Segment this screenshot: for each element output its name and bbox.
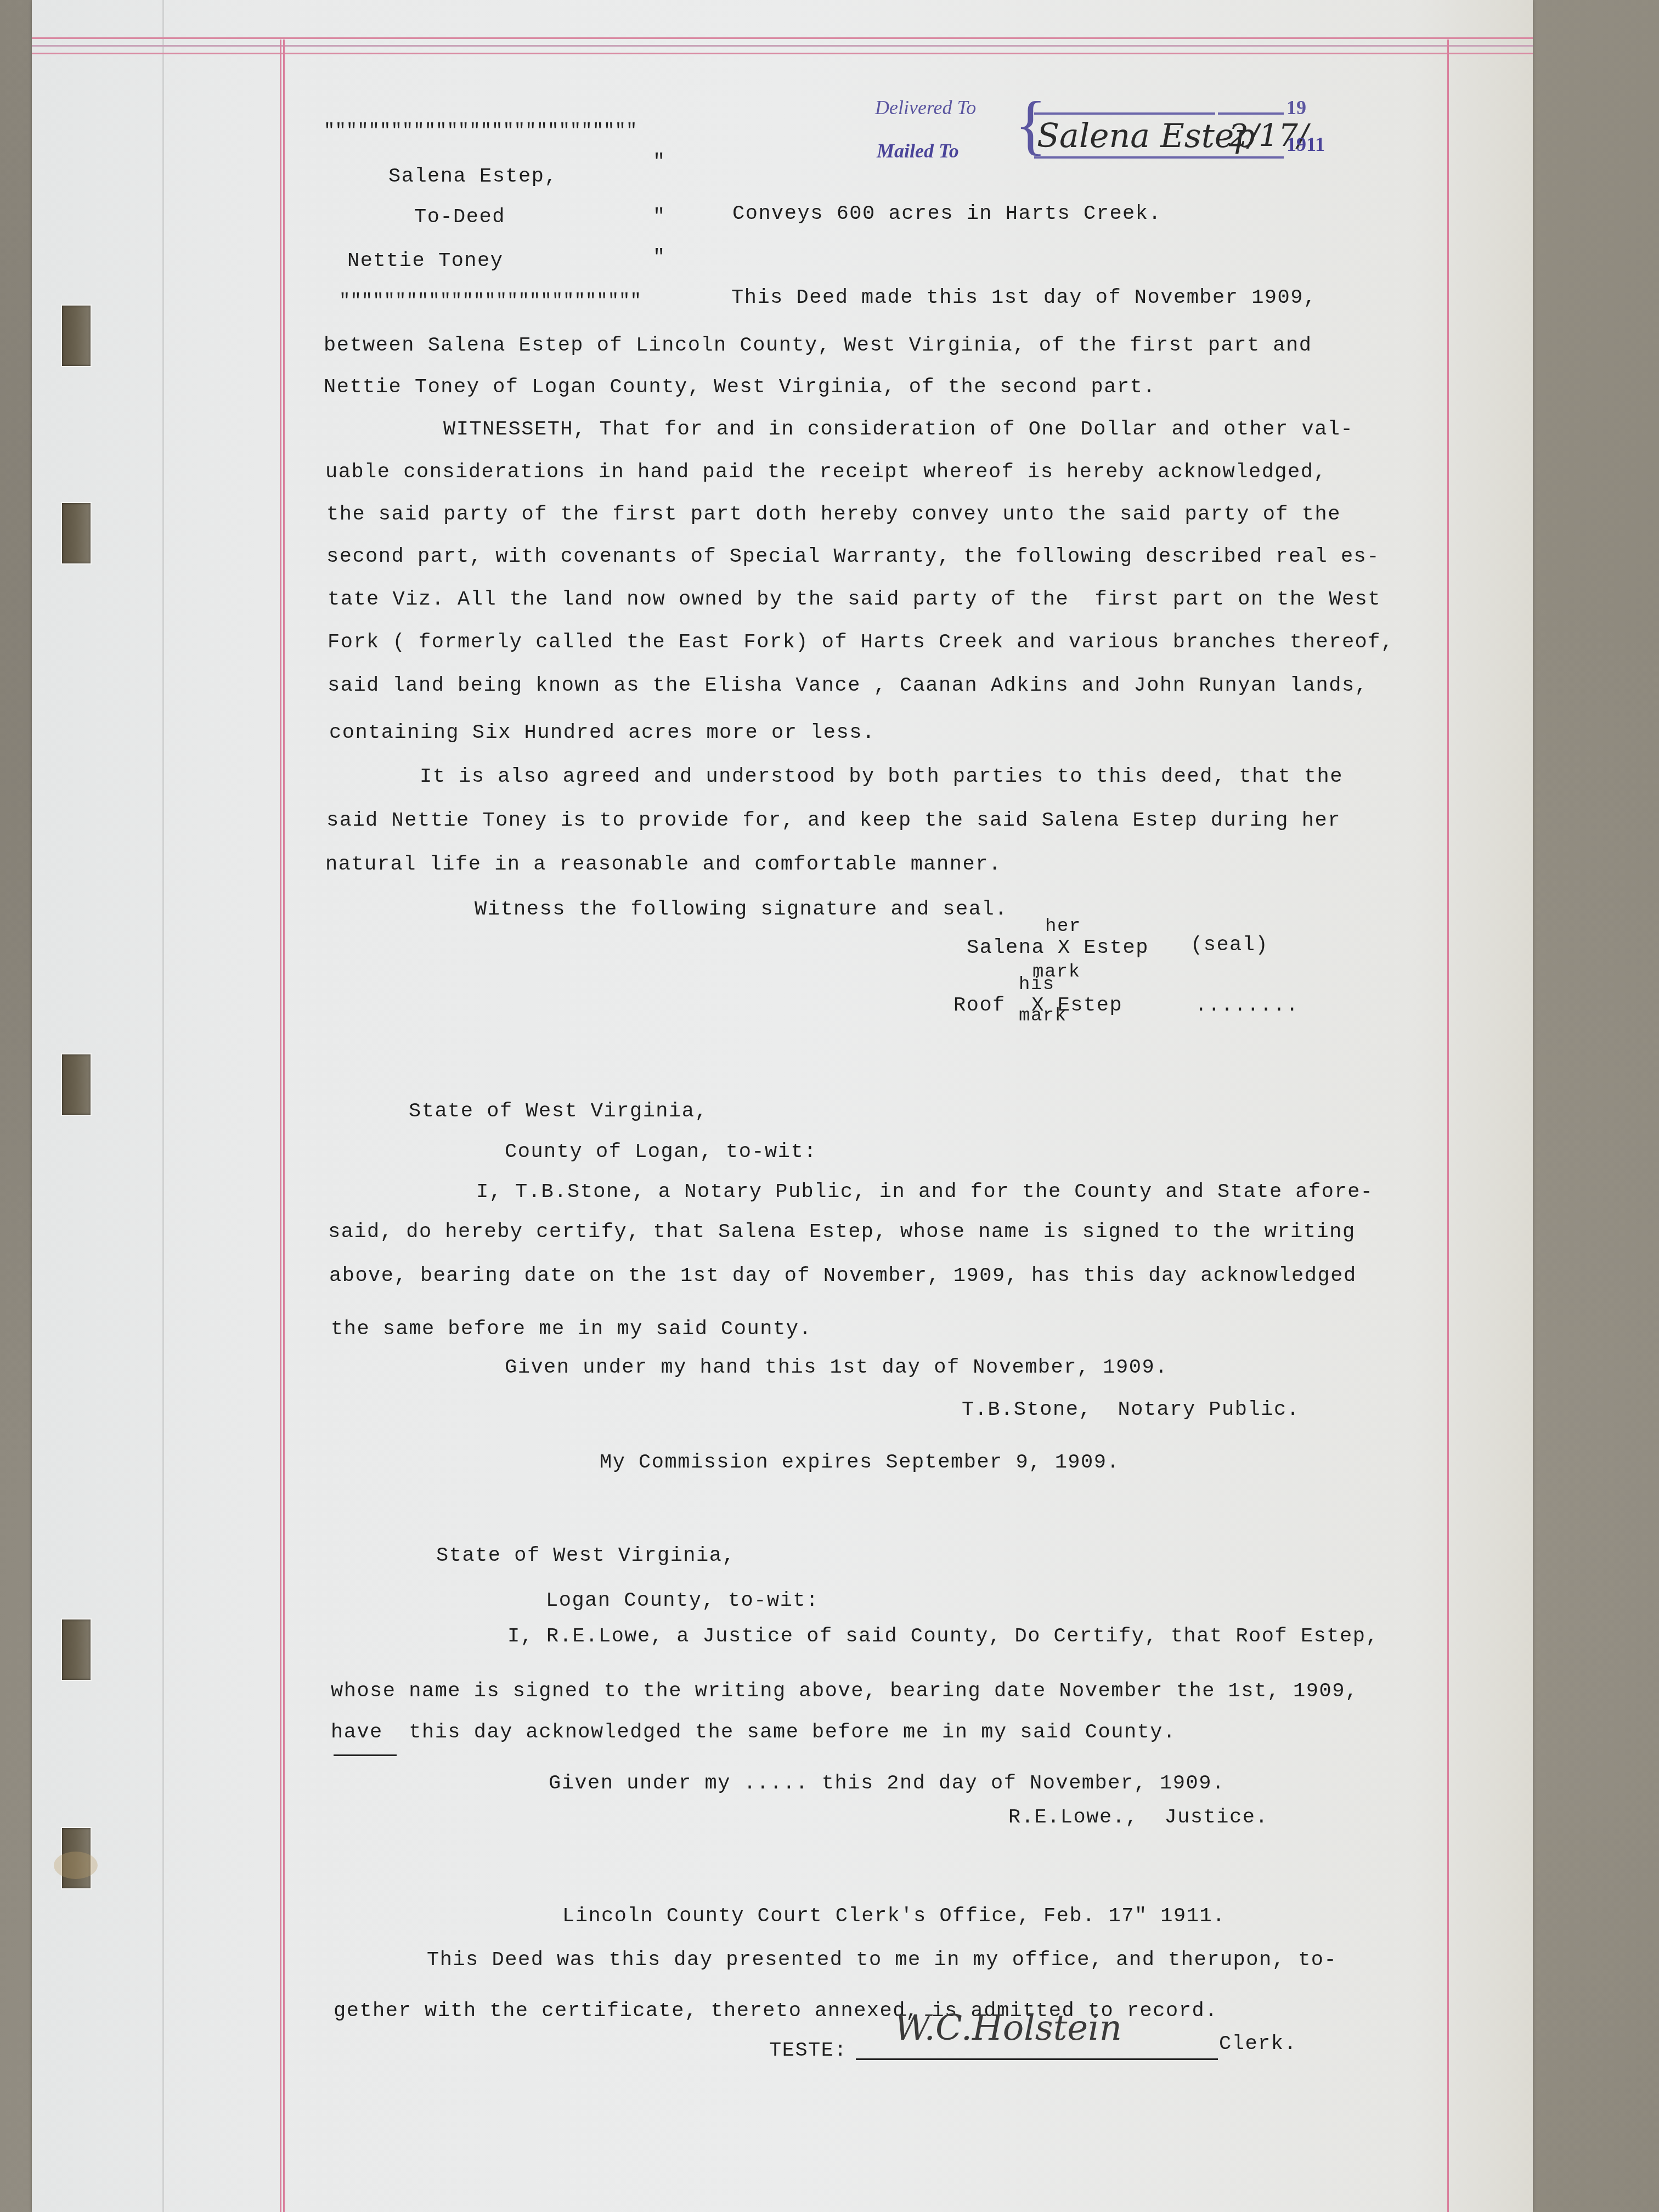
notary-given: Given under my hand this 1st day of Nove…: [505, 1358, 1168, 1378]
clerk-teste-label: TESTE:: [769, 2041, 847, 2061]
deed-line: Witness the following signature and seal…: [475, 900, 1008, 920]
deed-line: uable considerations in hand paid the re…: [325, 462, 1327, 483]
caption-grantor: Salena Estep,: [388, 167, 557, 187]
notary-state: State of West Virginia,: [409, 1102, 708, 1122]
justice-line: whose name is signed to the writing abov…: [331, 1681, 1358, 1702]
notary-line: I, T.B.Stone, a Notary Public, in and fo…: [476, 1182, 1374, 1203]
deed-line: between Salena Estep of Lincoln County, …: [324, 336, 1312, 356]
notary-line: the same before me in my said County.: [331, 1319, 812, 1340]
header-rule: [32, 53, 1533, 54]
notary-signature: T.B.Stone, Notary Public.: [962, 1400, 1300, 1420]
deed-line: Fork ( formerly called the East Fork) of…: [328, 633, 1394, 653]
caption-quote-mark: ": [653, 153, 666, 173]
notary-commission: My Commission expires September 9, 1909.: [600, 1453, 1120, 1473]
signature-salena-estep: Salena X Estep: [967, 938, 1149, 958]
caption-quote-row: """""""""""""""""""""""""""": [324, 122, 637, 140]
stamp-line: [1034, 156, 1284, 159]
deed-line: said Nettie Toney is to provide for, and…: [326, 811, 1341, 831]
justice-line: have this day acknowledged the same befo…: [331, 1723, 1176, 1743]
mailed-to-label: Mailed To: [877, 141, 959, 161]
deed-line: second part, with covenants of Special W…: [326, 547, 1380, 567]
clerk-office: Lincoln County Court Clerk's Office, Feb…: [562, 1906, 1226, 1927]
punch-hole: [61, 304, 92, 367]
caption-summary: Conveys 600 acres in Harts Creek.: [732, 204, 1161, 224]
caption-quote-mark: ": [653, 207, 666, 228]
delivered-to-label: Delivered To: [875, 98, 976, 117]
caption-grantee: Nettie Toney: [347, 251, 503, 272]
justice-line: I, R.E.Lowe, a Justice of said County, D…: [507, 1627, 1379, 1647]
deed-line: Nettie Toney of Logan County, West Virgi…: [324, 377, 1156, 398]
deed-line: said land being known as the Elisha Vanc…: [328, 676, 1368, 696]
clerk-handwritten-signature: W.C.Holstein: [894, 2011, 1122, 2046]
left-margin-rule: [280, 39, 281, 2212]
stamp-year-prefix: 19: [1286, 98, 1306, 117]
caption-quote-row: """"""""""""""""""""""""""": [339, 292, 641, 311]
deed-line: WITNESSETH, That for and in consideratio…: [443, 420, 1353, 440]
notary-line: said, do hereby certify, that Salena Est…: [328, 1222, 1356, 1243]
header-rule: [32, 45, 1533, 47]
punch-hole: [61, 1053, 92, 1116]
stamp-year: 1911: [1286, 134, 1325, 154]
caption-quote-mark: ": [653, 248, 666, 268]
signature-his: his: [1019, 975, 1055, 994]
stamp-line: [1218, 112, 1284, 115]
justice-signature: R.E.Lowe., Justice.: [1008, 1808, 1268, 1828]
deed-line: the said party of the first part doth he…: [326, 505, 1341, 525]
notary-line: above, bearing date on the 1st day of No…: [329, 1266, 1357, 1286]
deed-line: containing Six Hundred acres more or les…: [329, 723, 876, 743]
justice-state: State of West Virginia,: [436, 1546, 735, 1566]
have-underline: [334, 1754, 397, 1756]
deed-line: natural life in a reasonable and comfort…: [325, 855, 1002, 875]
stain: [54, 1852, 98, 1879]
left-margin-rule: [283, 39, 285, 2212]
signature-seal: (seal): [1190, 935, 1268, 956]
clerk-line: This Deed was this day presented to me i…: [427, 1950, 1337, 1971]
deed-line: This Deed made this 1st day of November …: [731, 288, 1317, 308]
deed-page: [32, 0, 1533, 2212]
deed-line: It is also agreed and understood by both…: [420, 767, 1343, 787]
deed-line: tate Viz. All the land now owned by the …: [328, 590, 1381, 610]
right-margin-rule: [1447, 39, 1449, 2212]
header-rule: [32, 37, 1533, 39]
justice-given: Given under my ..... this 2nd day of Nov…: [549, 1774, 1225, 1794]
clerk-label: Clerk.: [1219, 2034, 1297, 2055]
justice-county: Logan County, to-wit:: [546, 1591, 819, 1611]
handwritten-recipient: Salena Estep: [1037, 120, 1255, 153]
notary-county: County of Logan, to-wit:: [505, 1142, 817, 1163]
signature-her: her: [1045, 917, 1081, 936]
page-fold: [162, 0, 164, 2212]
signature-mark: mark: [1019, 1007, 1067, 1025]
punch-hole: [61, 502, 92, 565]
stamp-line: [1034, 112, 1215, 115]
signature-seal-dots: ........: [1195, 996, 1299, 1016]
caption-to-deed: To-Deed: [414, 207, 505, 228]
clerk-signature-line: [856, 2058, 1218, 2060]
punch-hole: [61, 1618, 92, 1681]
